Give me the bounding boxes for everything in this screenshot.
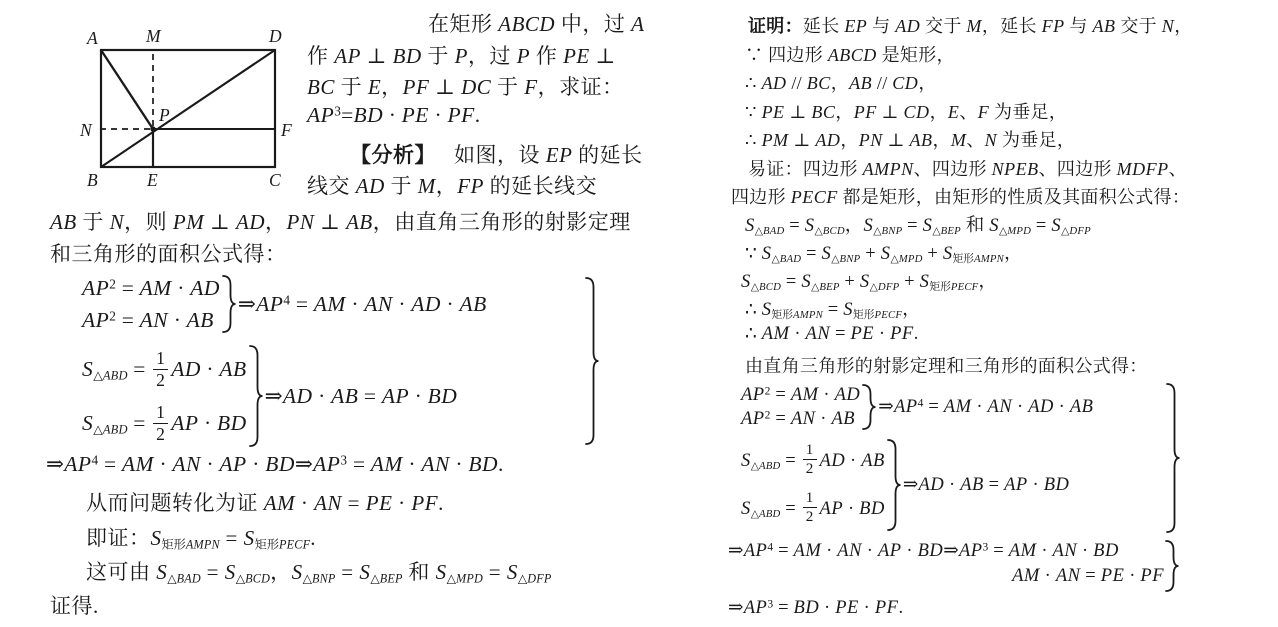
conclusion-line: ⇒AP4 = AM · AN · AP · BD⇒AP3 = AM · AN ·… [728,540,1180,562]
point-P-dot [150,126,155,131]
equation-result: ⇒AD · AB = AP · BD [265,384,458,409]
proof-line: ∵ 四边形 ABCD 是矩形， [745,41,955,67]
conclusion-line: 证得. [50,590,99,620]
label-P: P [158,105,170,125]
equation-line: S△ABD = 12AP · BD [741,485,885,533]
curly-brace-outer [583,277,600,445]
curly-brace [220,275,237,333]
proof-line: 四边形 PECF 都是矩形，由矩形的性质及其面积公式得： [731,183,1190,209]
equation-line: AP2 = AM · AD [82,272,220,304]
curly-brace [1163,540,1180,592]
proof-line: ∵ PE ⊥ BC，PF ⊥ CD，E、F 为垂足， [745,98,1067,124]
proof-line: ∴ S矩形AMPN = S矩形PECF， [745,295,921,321]
label-D: D [268,26,282,46]
analysis-line: 和三角形的面积公式得： [50,238,287,268]
proof-line: ∴ PM ⊥ AD，PN ⊥ AB，M、N 为垂足， [745,126,1075,152]
diagonal-BD [101,50,275,167]
segment-AP [101,50,153,129]
proof-conclusion-block: ⇒AP4 = AM · AN · AP · BD⇒AP3 = AM · AN ·… [728,540,1180,587]
label-C: C [269,170,281,190]
equation-line: AP2 = AN · AB [741,407,860,431]
equation-line: S△ABD = 12AD · AB [741,437,885,485]
equation-row: S△ABD = 12AD · AB S△ABD = 12AP · BD ⇒AD … [741,437,1093,533]
conclusion-line: 即证：S矩形AMPN = S矩形PECF. [86,522,316,552]
proof-line: 易证：四边形 AMPN、四边形 NPEB、四边形 MDFP、 [748,155,1187,181]
label-E: E [146,170,158,190]
proof-intro: 延长 EP 与 AD 交于 M，延长 FP 与 AB 交于 N， [803,16,1193,36]
geometry-figure: A M D P N F B E C [73,14,305,196]
problem-line: 在矩形 ABCD 中，过 A [428,8,644,38]
equation-line: AP2 = AN · AB [82,304,220,336]
proof-line: ∵ S△BAD = S△BNP + S△MPD + S矩形AMPN， [745,239,1023,265]
analysis-label: 【分析】 [350,143,436,167]
label-N: N [79,120,93,140]
analysis-text: 如图，设 EP 的延长 [454,143,643,167]
proof-line: 证明：延长 EP 与 AD 交于 M，延长 FP 与 AB 交于 N， [748,12,1193,38]
proof-line: S△BAD = S△BCD，S△BNP = S△BEP 和 S△MPD = S△… [745,211,1091,237]
curly-brace-outer [1164,383,1181,533]
proof-line: 由直角三角形的射影定理和三角形的面积公式得： [745,352,1148,378]
conclusion-line: 从而问题转化为证 AM · AN = PE · PF. [86,487,444,517]
equation-line: AP2 = AM · AD [741,383,860,407]
curly-brace [885,439,902,531]
analysis-line: 线交 AD 于 M，FP 的延长线交 [307,170,597,200]
analysis-equation-block: AP2 = AM · AD AP2 = AN · AB ⇒AP4 = AM · … [82,272,600,450]
proof-line: ∴ AD // BC，AB // CD， [745,69,937,95]
conclusion-line: ⇒AP4 = AM · AN · AP · BD⇒AP3 = AM · AN ·… [46,452,504,477]
label-M: M [145,26,162,46]
equation-result: ⇒AP4 = AM · AN · AD · AB [878,396,1093,418]
analysis-line: AB 于 N，则 PM ⊥ AD，PN ⊥ AB，由直角三角形的射影定理 [50,206,631,236]
proof-equation-block: AP2 = AM · AD AP2 = AN · AB ⇒AP4 = AM · … [741,383,1181,533]
equation-row: AP2 = AM · AD AP2 = AN · AB ⇒AP4 = AM · … [741,383,1093,431]
equation-row: S△ABD = 12AD · AB S△ABD = 12AP · BD ⇒AD … [82,342,487,450]
label-F: F [280,120,292,140]
curly-brace [860,384,877,430]
label-A: A [86,28,98,48]
scanned-math-page: A M D P N F B E C 在矩形 ABCD 中，过 A 作 AP ⊥ … [0,0,1278,627]
label-B: B [87,170,98,190]
problem-line: BC 于 E，PF ⊥ DC 于 F，求证： [307,71,624,101]
equation-result: ⇒AD · AB = AP · BD [903,474,1070,496]
analysis-line: 【分析】如图，设 EP 的延长 [350,139,643,169]
left-column: A M D P N F B E C 在矩形 ABCD 中，过 A 作 AP ⊥ … [0,0,660,627]
right-column: 证明：延长 EP 与 AD 交于 M，延长 FP 与 AB 交于 N， ∵ 四边… [700,0,1278,627]
final-result-line: ⇒AP3 = BD · PE · PF. [728,597,903,619]
curly-brace [247,345,264,447]
equation-line: S△ABD = 12AD · AB [82,342,247,396]
equation-line: S△ABD = 12AP · BD [82,396,247,450]
problem-goal: AP3=BD · PE · PF. [307,103,480,128]
problem-line: 作 AP ⊥ BD 于 P，过 P 作 PE ⊥ [307,40,616,70]
conclusion-line: 这可由 S△BAD = S△BCD，S△BNP = S△BEP 和 S△MPD … [86,556,551,586]
proof-label: 证明： [748,16,803,36]
conclusion-line: AM · AN = PE · PF [728,566,1180,587]
proof-line: ∴ AM · AN = PE · PF. [745,323,919,345]
equation-result: ⇒AP4 = AM · AN · AD · AB [238,292,487,317]
proof-line: S△BCD = S△BEP + S△DFP + S矩形PECF， [741,267,997,293]
equation-row: AP2 = AM · AD AP2 = AN · AB ⇒AP4 = AM · … [82,272,487,336]
